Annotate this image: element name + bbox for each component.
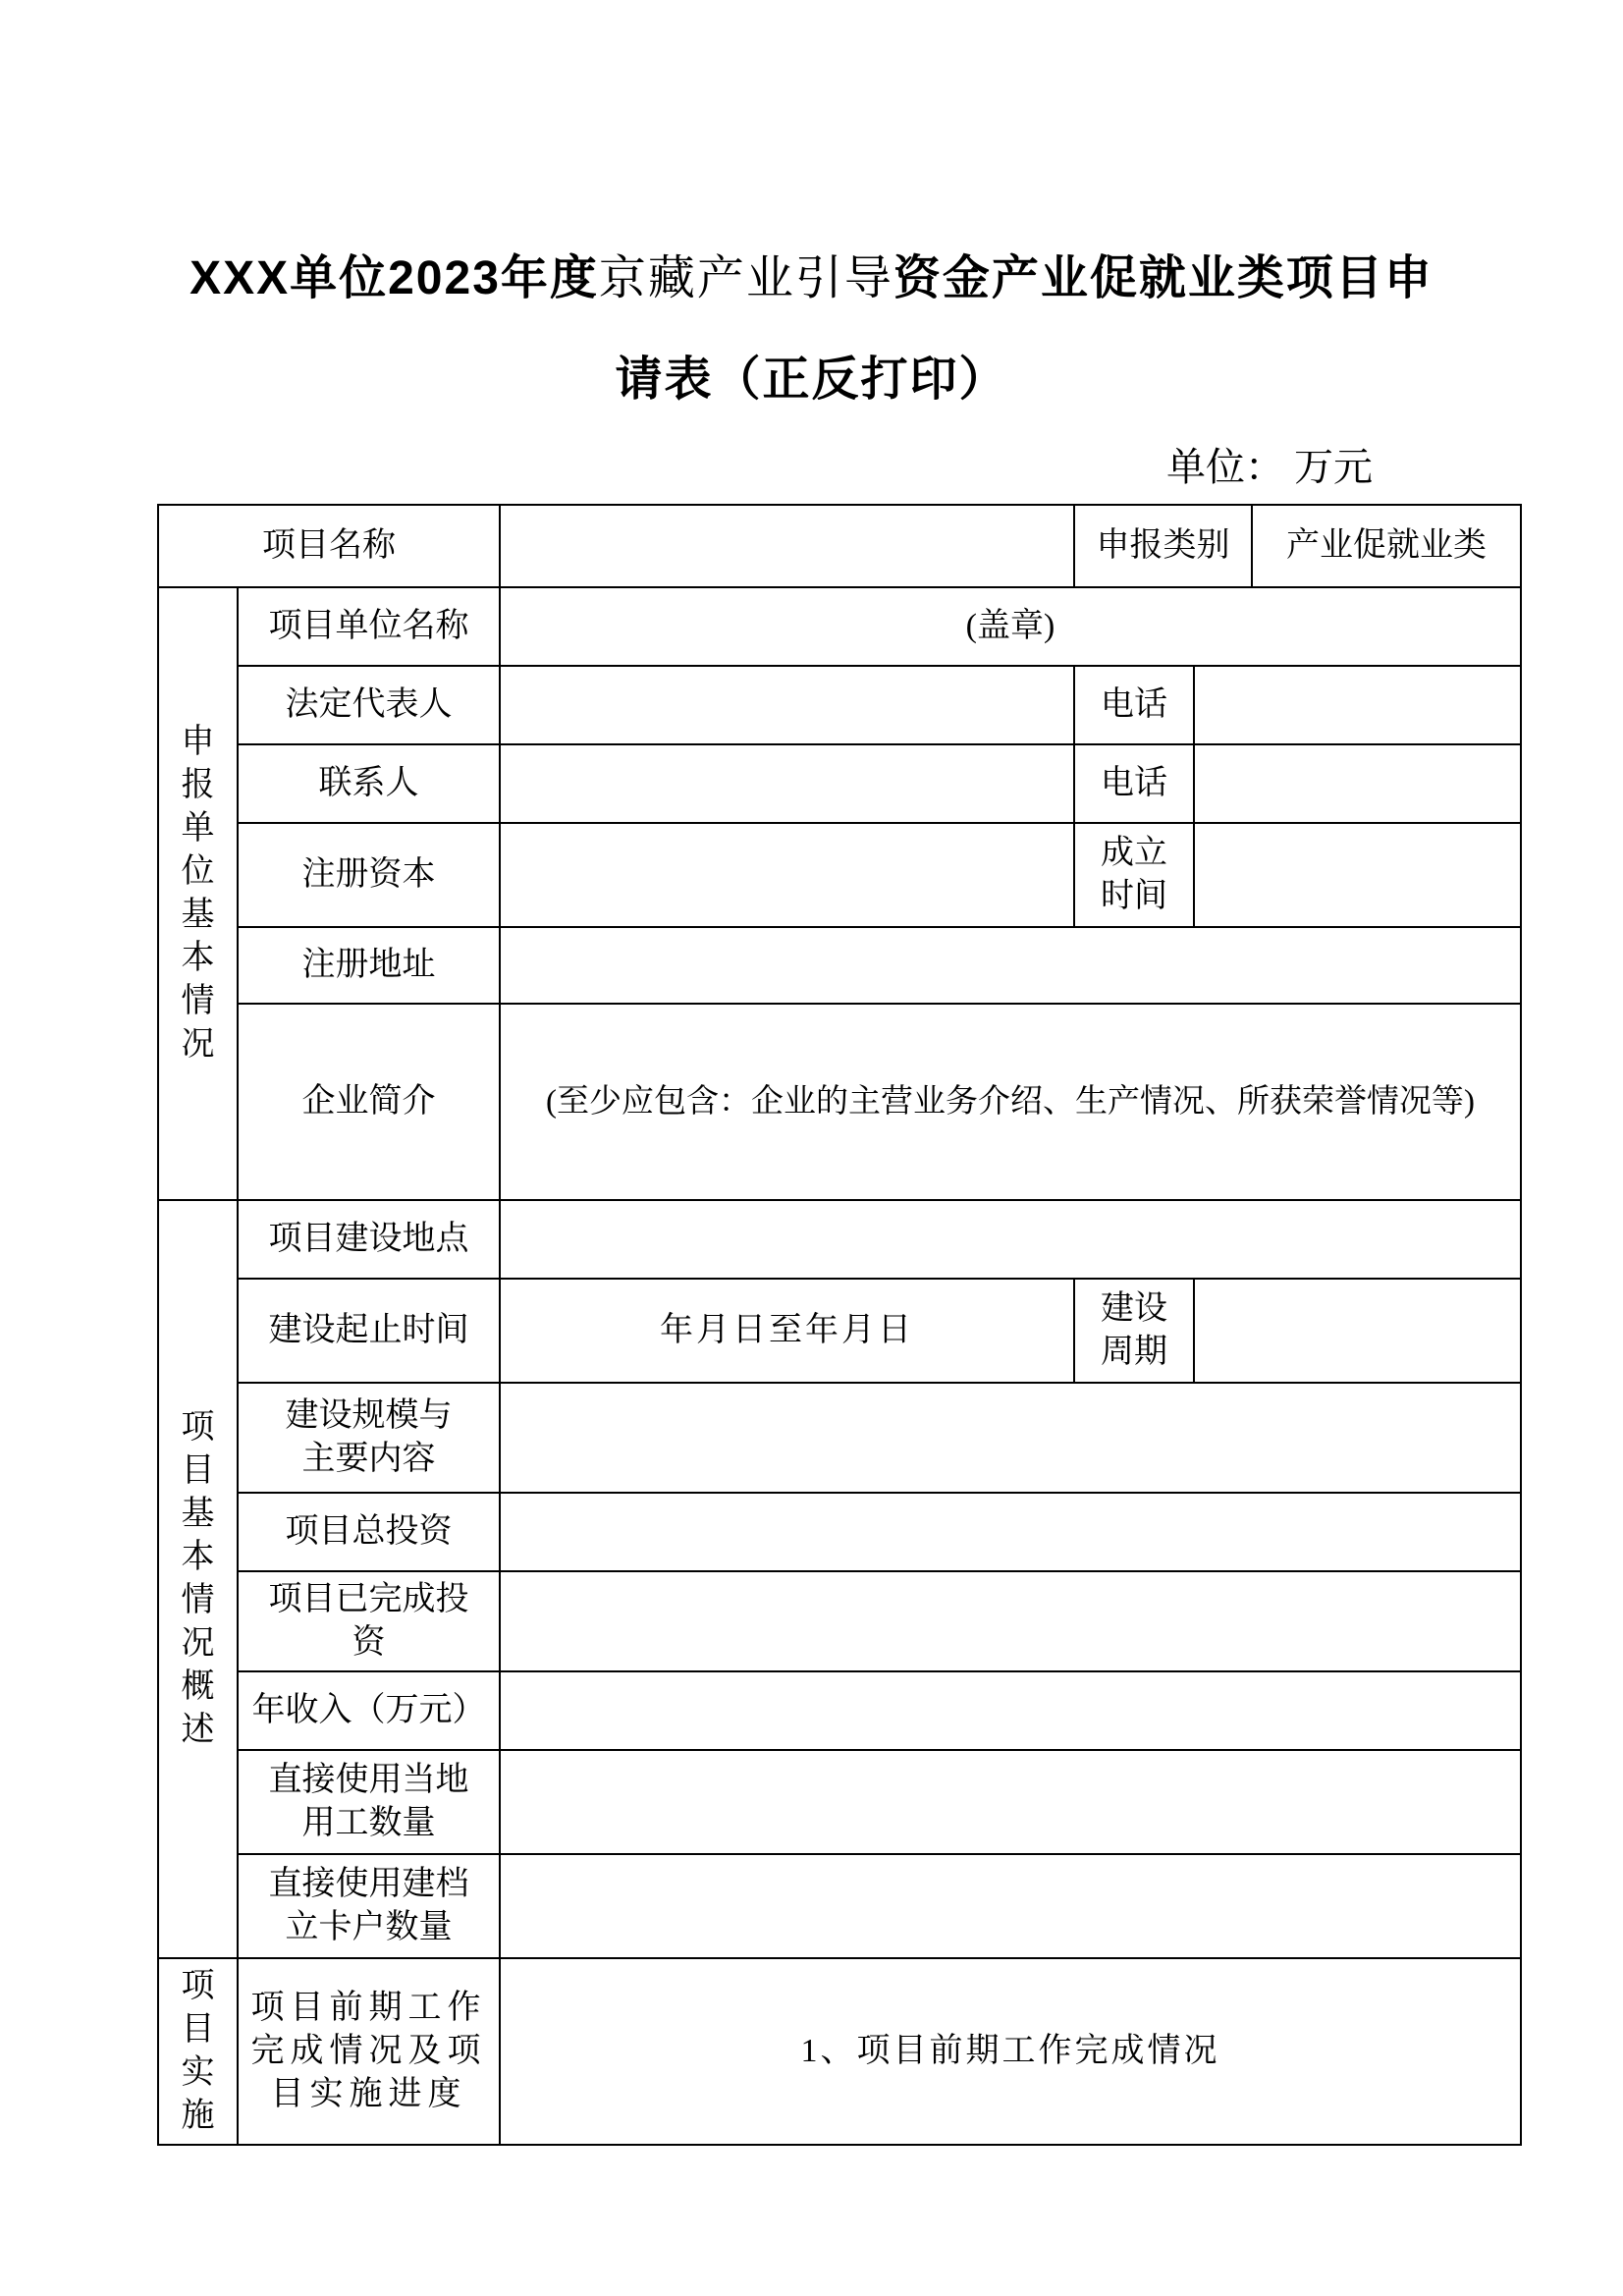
table-row: 直接使用建档 立卡户数量 (158, 1854, 1521, 1958)
table-row: 项目总投资 (158, 1493, 1521, 1571)
registered-address-value (500, 927, 1521, 1004)
section-project-vertical-label: 项 目 基 本 情 况 概 述 (158, 1200, 238, 1958)
company-profile-hint: (至少应包含：企业的主营业务介绍、生产情况、所获荣誉情况等) (509, 1080, 1512, 1123)
table-row: 项 目 基 本 情 况 概 述 项目建设地点 (158, 1200, 1521, 1279)
unit-name-value: (盖章) (500, 587, 1521, 666)
title-line-1: XXX单位2023年度京藏产业引导资金产业促就业类项目申 (0, 228, 1623, 329)
table-row: 项目已完成投 资 (158, 1571, 1521, 1671)
progress-label: 项目前期工作 完成情况及项 目实施进度 (238, 1958, 500, 2145)
annual-income-value (500, 1671, 1521, 1750)
project-name-value (500, 505, 1074, 587)
scale-label: 建设规模与 主要内容 (238, 1383, 500, 1493)
construction-period-value (1194, 1279, 1521, 1383)
unit-name-label: 项目单位名称 (238, 587, 500, 666)
contact-label: 联系人 (238, 744, 500, 823)
table-row: 建设规模与 主要内容 (158, 1383, 1521, 1493)
table-row: 企业简介 (至少应包含：企业的主营业务介绍、生产情况、所获荣誉情况等) (158, 1004, 1521, 1200)
registered-address-label: 注册地址 (238, 927, 500, 1004)
contact-value (500, 744, 1074, 823)
company-profile-label: 企业简介 (238, 1004, 500, 1200)
contact-phone-value (1194, 744, 1521, 823)
section-implementation-vertical-label: 项 目 实 施 (158, 1958, 238, 2145)
table-row: 注册地址 (158, 927, 1521, 1004)
category-value: 产业促就业类 (1252, 505, 1521, 587)
title-segment-2: 京藏产业引导 (599, 252, 893, 304)
section-applicant-vertical-label: 申 报 单 位 基 本 情 况 (158, 587, 238, 1200)
legal-rep-phone-label: 电话 (1074, 666, 1194, 744)
category-label: 申报类别 (1074, 505, 1252, 587)
legal-rep-value (500, 666, 1074, 744)
founded-time-label: 成立 时间 (1074, 823, 1194, 927)
title-segment-1: XXX单位2023年度 (189, 252, 599, 304)
local-workers-label: 直接使用当地 用工数量 (238, 1750, 500, 1854)
legal-rep-label: 法定代表人 (238, 666, 500, 744)
completed-investment-value (500, 1571, 1521, 1671)
table-row: 年收入（万元） (158, 1671, 1521, 1750)
title-line-2: 请表（正反打印） (0, 329, 1623, 430)
registered-poor-households-label: 直接使用建档 立卡户数量 (238, 1854, 500, 1958)
progress-value: 1、项目前期工作完成情况 (500, 1958, 1521, 2145)
contact-phone-label: 电话 (1074, 744, 1194, 823)
unit-note: 单位： 万元 (0, 436, 1623, 492)
document-title: XXX单位2023年度京藏产业引导资金产业促就业类项目申 请表（正反打印） (0, 0, 1623, 430)
construction-period-label: 建设 周期 (1074, 1279, 1194, 1383)
table-row: 申 报 单 位 基 本 情 况 项目单位名称 (盖章) (158, 587, 1521, 666)
duration-label: 建设起止时间 (238, 1279, 500, 1383)
table-row: 法定代表人 电话 (158, 666, 1521, 744)
document-page: XXX单位2023年度京藏产业引导资金产业促就业类项目申 请表（正反打印） 单位… (0, 0, 1623, 2296)
table-row: 注册资本 成立 时间 (158, 823, 1521, 927)
table-row: 项 目 实 施 项目前期工作 完成情况及项 目实施进度 1、项目前期工作完成情况 (158, 1958, 1521, 2145)
title-segment-3: 资金产业促就业类项目申 (893, 252, 1434, 304)
table-row: 联系人 电话 (158, 744, 1521, 823)
local-workers-value (500, 1750, 1521, 1854)
total-investment-value (500, 1493, 1521, 1571)
founded-time-value (1194, 823, 1521, 927)
table-row: 项目名称 申报类别 产业促就业类 (158, 505, 1521, 587)
project-name-label: 项目名称 (158, 505, 500, 587)
registered-poor-households-value (500, 1854, 1521, 1958)
registered-capital-value (500, 823, 1074, 927)
table-row: 建设起止时间 年月日至年月日 建设 周期 (158, 1279, 1521, 1383)
total-investment-label: 项目总投资 (238, 1493, 500, 1571)
application-form-table: 项目名称 申报类别 产业促就业类 申 报 单 位 基 本 情 况 项目单位名称 … (157, 504, 1522, 2146)
completed-investment-label: 项目已完成投 资 (238, 1571, 500, 1671)
project-location-label: 项目建设地点 (238, 1200, 500, 1279)
annual-income-label: 年收入（万元） (238, 1671, 500, 1750)
registered-capital-label: 注册资本 (238, 823, 500, 927)
table-row: 直接使用当地 用工数量 (158, 1750, 1521, 1854)
scale-value (500, 1383, 1521, 1493)
company-profile-value: (至少应包含：企业的主营业务介绍、生产情况、所获荣誉情况等) (500, 1004, 1521, 1200)
project-location-value (500, 1200, 1521, 1279)
legal-rep-phone-value (1194, 666, 1521, 744)
duration-value: 年月日至年月日 (500, 1279, 1074, 1383)
